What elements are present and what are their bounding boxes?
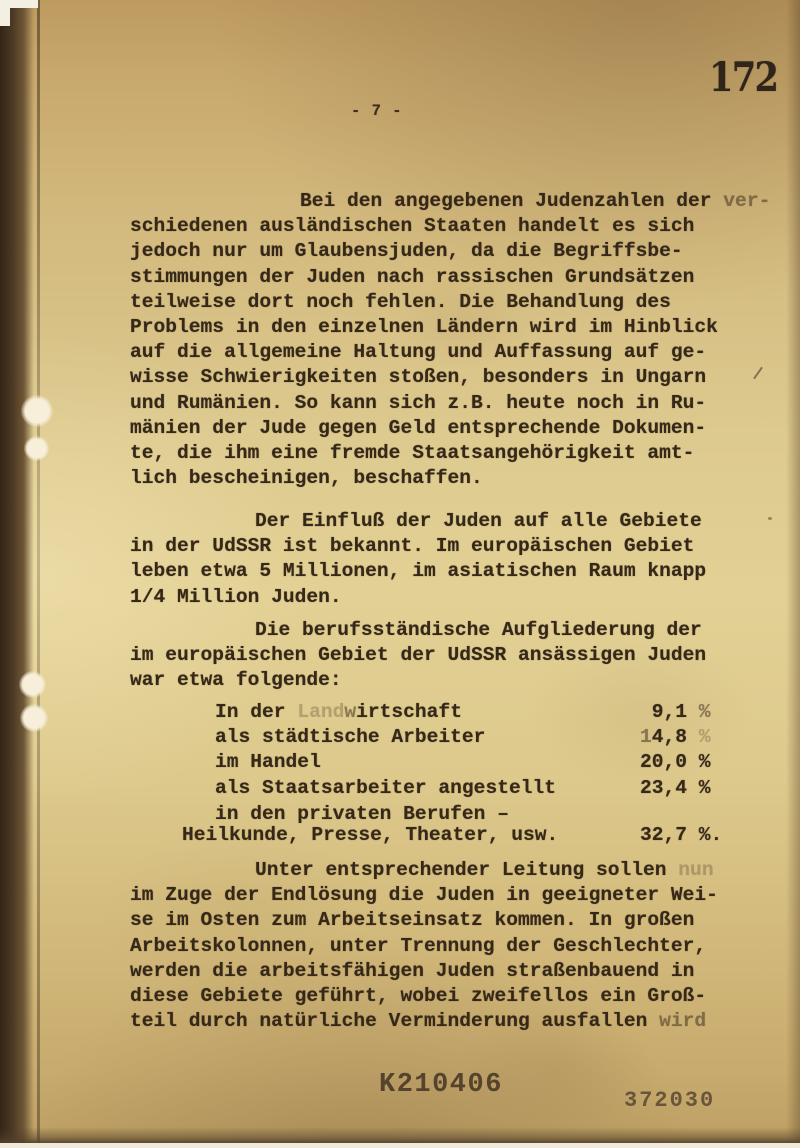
row-percentage: 32,7 %.: [640, 825, 722, 847]
text-line: stimmungen der Juden nach rassischen Gru…: [130, 265, 745, 290]
text-line: te, die ihm eine fremde Staatsangehörigk…: [130, 441, 745, 466]
text-segment: stimmungen der Juden nach rassischen Gru…: [130, 266, 694, 288]
text-segment: 4,8: [652, 726, 699, 748]
text-segment: diese Gebiete geführt, wobei zweifellos …: [130, 985, 706, 1007]
text-segment: teilweise dort noch fehlen. Die Behandlu…: [130, 291, 671, 313]
text-segment: irtschaft: [356, 701, 462, 723]
text-segment: 1: [640, 726, 652, 748]
text-segment: als städtische Arbeiter: [215, 726, 485, 748]
text-segment: jedoch nur um Glaubensjuden, da die Begr…: [130, 240, 683, 262]
binding-edge: [0, 0, 34, 1148]
text-segment: war etwa folgende:: [130, 669, 342, 691]
row-label: In der Landwirtschaft: [215, 701, 462, 723]
row-label: als städtische Arbeiter: [215, 726, 485, 748]
right-page-edge: [786, 0, 800, 1148]
text-line: schiedenen ausländischen Staaten handelt…: [130, 214, 745, 239]
text-line: in der UdSSR ist bekannt. Im europäische…: [130, 534, 745, 559]
text-line: mänien der Jude gegen Geld entsprechende…: [130, 416, 745, 441]
text-line: 1/4 Million Juden.: [130, 585, 745, 610]
text-segment: im Handel: [215, 751, 321, 773]
top-left-scan-gap-vertical: [0, 0, 10, 26]
paragraph-aufgliederung: Die berufsständische Aufgliederung derim…: [130, 618, 745, 694]
row-percentage: 20,0 %: [640, 750, 711, 775]
text-segment: im Zuge der Endlösung die Juden in geeig…: [130, 884, 718, 906]
table-row: als Staatsarbeiter angestellt23,4 %: [215, 776, 755, 801]
paragraph-endloesung: Unter entsprechender Leitung sollen nuni…: [130, 858, 745, 1034]
paragraph-einfluss-udssr: Der Einfluß der Juden auf alle Gebietein…: [130, 509, 745, 610]
text-segment: te, die ihm eine fremde Staatsangehörigk…: [130, 442, 694, 464]
text-segment: in den privaten Berufen –: [215, 803, 509, 825]
text-line: war etwa folgende:: [130, 668, 745, 693]
text-segment: werden die arbeitsfähigen Juden straßenb…: [130, 960, 694, 982]
text-segment: ver-: [723, 190, 770, 212]
pencil-check-mark: [753, 367, 763, 380]
archive-stamp-left: K210406: [379, 1070, 503, 1100]
text-segment: Bei den angegebenen Judenzahlen der: [300, 190, 723, 212]
text-line: Die berufsständische Aufgliederung der: [130, 618, 745, 643]
text-segment: schiedenen ausländischen Staaten handelt…: [130, 215, 694, 237]
text-segment: Problems in den einzelnen Ländern wird i…: [130, 316, 718, 338]
text-line: im europäischen Gebiet der UdSSR ansässi…: [130, 643, 745, 668]
text-segment: Land: [297, 701, 344, 723]
text-segment: %: [699, 701, 711, 723]
text-line: und Rumänien. So kann sich z.B. heute no…: [130, 391, 745, 416]
row-percentage: 23,4 %: [640, 776, 711, 801]
ink-dot-mark: [768, 517, 772, 520]
bottom-page-edge: [0, 1127, 800, 1144]
text-line: Unter entsprechender Leitung sollen nun: [130, 858, 745, 883]
text-segment: teil durch natürliche Verminderung ausfa…: [130, 1010, 659, 1032]
text-segment: lich bescheinigen, beschaffen.: [130, 467, 483, 489]
table-row: im Handel20,0 %: [215, 750, 755, 775]
text-segment: 1/4 Million Juden.: [130, 586, 342, 608]
text-line: im Zuge der Endlösung die Juden in geeig…: [130, 883, 745, 908]
text-segment: Die berufsständische Aufgliederung der: [255, 619, 702, 641]
text-line: lich bescheinigen, beschaffen.: [130, 466, 745, 491]
text-segment: Der Einfluß der Juden auf alle Gebiete: [255, 510, 702, 532]
hole-punch: [19, 671, 46, 698]
text-segment: auf die allgemeine Haltung und Auffassun…: [130, 341, 706, 363]
page-stamp-number: 172: [709, 54, 777, 101]
text-segment: 32,7 %.: [640, 824, 722, 846]
text-segment: Unter entsprechender Leitung sollen: [255, 859, 678, 881]
text-line: Bei den angegebenen Judenzahlen der ver-: [130, 189, 745, 214]
text-segment: mänien der Jude gegen Geld entsprechende…: [130, 417, 706, 439]
occupation-table: In der Landwirtschaft 9,1 %als städtisch…: [215, 700, 755, 847]
text-segment: In der: [215, 701, 297, 723]
text-segment: wisse Schwierigkeiten stoßen, besonders …: [130, 366, 706, 388]
scanned-document-page: 172 - 7 - Bei den angegebenen Judenzahle…: [0, 0, 800, 1148]
text-line: jedoch nur um Glaubensjuden, da die Begr…: [130, 239, 745, 264]
text-segment: wird: [659, 1010, 706, 1032]
text-line: se im Osten zum Arbeitseinsatz kommen. I…: [130, 908, 745, 933]
text-line: werden die arbeitsfähigen Juden straßenb…: [130, 959, 745, 984]
text-line: teil durch natürliche Verminderung ausfa…: [130, 1009, 745, 1034]
table-row: in den privaten Berufen –Heilkunde, Pres…: [215, 804, 755, 847]
text-segment: in der UdSSR ist bekannt. Im europäische…: [130, 535, 694, 557]
paragraph-juden-zahlen: Bei den angegebenen Judenzahlen der ver-…: [130, 189, 745, 491]
text-segment: und Rumänien. So kann sich z.B. heute no…: [130, 392, 706, 414]
text-segment: Arbeitskolonnen, unter Trennung der Gesc…: [130, 935, 706, 957]
text-segment: 20,0 %: [640, 751, 711, 773]
text-segment: se im Osten zum Arbeitseinsatz kommen. I…: [130, 909, 694, 931]
text-segment: im europäischen Gebiet der UdSSR ansässi…: [130, 644, 706, 666]
text-segment: w: [344, 701, 356, 723]
typed-page-number: - 7 -: [351, 102, 403, 120]
row-label-line1: in den privaten Berufen –: [215, 804, 755, 826]
row-label: als Staatsarbeiter angestellt: [215, 777, 556, 799]
row-label: im Handel: [215, 751, 321, 773]
text-segment: leben etwa 5 Millionen, im asiatischen R…: [130, 560, 706, 582]
bottom-scan-gap: [0, 1143, 800, 1148]
text-segment: %: [699, 726, 711, 748]
text-line: Arbeitskolonnen, unter Trennung der Gesc…: [130, 934, 745, 959]
text-line: leben etwa 5 Millionen, im asiatischen R…: [130, 559, 745, 584]
hole-punch: [21, 395, 53, 427]
text-line: Problems in den einzelnen Ländern wird i…: [130, 315, 745, 340]
text-segment: Heilkunde, Presse, Theater, usw.: [182, 824, 558, 846]
row-percentage: 9,1 %: [640, 700, 711, 725]
table-row: als städtische Arbeiter14,8 %: [215, 725, 755, 750]
table-row: In der Landwirtschaft 9,1 %: [215, 700, 755, 725]
text-segment: 9,1: [640, 701, 699, 723]
hole-punch: [20, 704, 48, 732]
text-segment: als Staatsarbeiter angestellt: [215, 777, 556, 799]
row-percentage: 14,8 %: [640, 725, 711, 750]
text-segment: 23,4 %: [640, 777, 711, 799]
text-segment: nun: [678, 859, 713, 881]
text-line: auf die allgemeine Haltung und Auffassun…: [130, 340, 745, 365]
text-line: diese Gebiete geführt, wobei zweifellos …: [130, 984, 745, 1009]
text-line: Der Einfluß der Juden auf alle Gebiete: [130, 509, 745, 534]
text-line: teilweise dort noch fehlen. Die Behandlu…: [130, 290, 745, 315]
archive-stamp-right: 372030: [624, 1088, 715, 1113]
binding-crease-line: [37, 0, 40, 1148]
hole-punch: [24, 436, 49, 461]
text-line: wisse Schwierigkeiten stoßen, besonders …: [130, 365, 745, 390]
